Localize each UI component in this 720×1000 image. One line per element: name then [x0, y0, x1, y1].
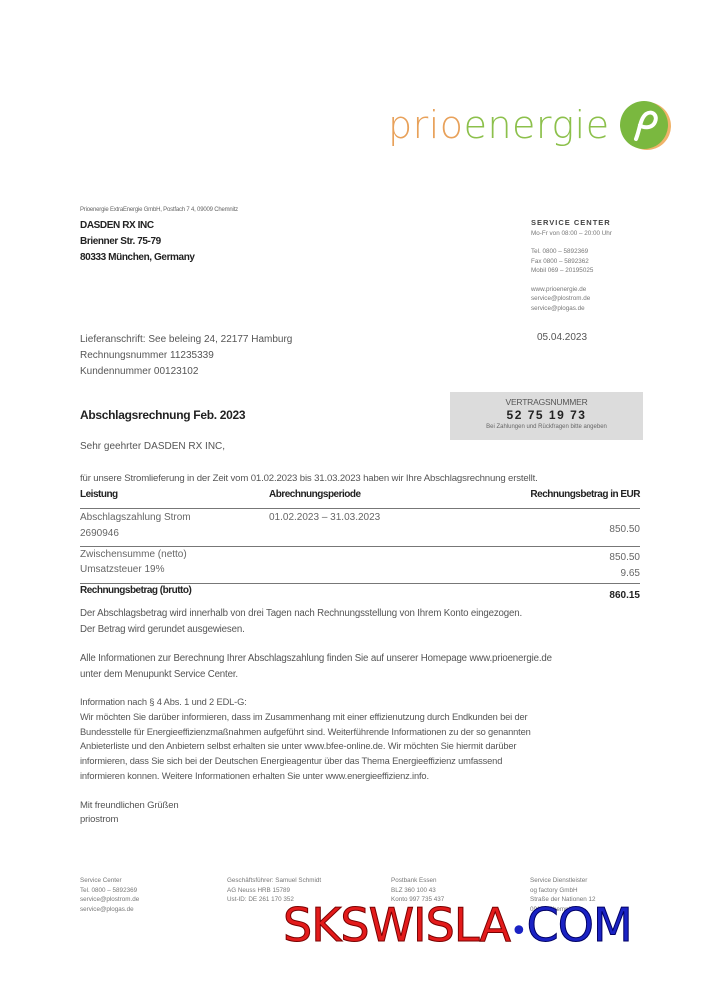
- sender-return-address: Prioenergie ExtraEnergie GmbH, Postfach …: [80, 207, 238, 213]
- leaf-p-logo-icon: [620, 101, 668, 149]
- paragraph-line: Der Betrag wird gerundet ausgewiesen.: [80, 622, 660, 638]
- watermark-dot: •: [510, 914, 527, 949]
- item-amount: 850.50: [609, 524, 640, 535]
- footer-line: Tel. 0800 – 5892369: [80, 886, 139, 896]
- service-email-link[interactable]: service@plostrom.de: [531, 294, 612, 304]
- footer-line: AG Neuss HRB 15789: [227, 886, 321, 896]
- footer-column-service: Service Center Tel. 0800 – 5892369 servi…: [80, 876, 139, 914]
- contract-label: VERTRAGSNUMMER: [450, 397, 643, 407]
- table-rule: [80, 508, 640, 509]
- subtotal-label: Zwischensumme (netto): [80, 549, 187, 560]
- invoice-meta: Lieferanschrift: See beleing 24, 22177 H…: [80, 332, 292, 380]
- contract-number: 52 75 19 73: [450, 408, 643, 422]
- intro-text: für unsere Stromlieferung in der Zeit vo…: [80, 473, 538, 484]
- service-center-block: SERVICE CENTER Mo-Fr von 08:00 – 20:00 U…: [531, 218, 612, 313]
- total-value: 860.15: [609, 590, 640, 601]
- paragraph-edlg: Information nach § 4 Abs. 1 und 2 EDL-G:…: [80, 695, 660, 784]
- header-period: Abrechnungsperiode: [269, 489, 361, 500]
- recipient-name: DASDEN RX INC: [80, 218, 195, 234]
- paragraph-line: Bundesstelle für Energieeffizienzmaßnahm…: [80, 725, 660, 740]
- footer-line: BLZ 360 100 43: [391, 886, 444, 896]
- footer-line: Service Center: [80, 876, 139, 886]
- paragraph-line: Wir möchten Sie darüber informieren, das…: [80, 710, 660, 725]
- watermark-text-blue: COM: [527, 898, 632, 952]
- customer-number: Kundennummer 00123102: [80, 364, 292, 380]
- service-center-title: SERVICE CENTER: [531, 218, 612, 228]
- paragraph-line: Der Abschlagsbetrag wird innerhalb von d…: [80, 606, 660, 622]
- header-amount: Rechnungsbetrag in EUR: [530, 489, 640, 500]
- contract-note: Bei Zahlungen und Rückfragen bitte angeb…: [450, 424, 643, 430]
- item-description: Abschlagszahlung Strom: [80, 512, 191, 523]
- logo-text-prio: prio: [388, 103, 464, 147]
- paragraph-line: Information nach § 4 Abs. 1 und 2 EDL-G:: [80, 695, 660, 710]
- item-period: 01.02.2023 – 31.03.2023: [269, 512, 380, 523]
- service-mobile: Mobil 069 – 20195025: [531, 266, 612, 276]
- contract-number-box: VERTRAGSNUMMER 52 75 19 73 Bei Zahlungen…: [450, 392, 643, 440]
- paragraph-line: informieren konnen. Weitere Informatione…: [80, 769, 660, 784]
- table-rule: [80, 583, 640, 584]
- invoice-number: Rechnungsnummer 11235339: [80, 348, 292, 364]
- watermark: SKSWISLA•COM: [283, 898, 632, 952]
- footer-line: service@plogas.de: [80, 905, 139, 915]
- logo-text-energie: energie: [464, 103, 610, 147]
- paragraph-homepage: Alle Informationen zur Berechnung Ihrer …: [80, 651, 660, 682]
- closing-regards: Mit freundlichen Grüßen: [80, 799, 660, 813]
- footer-line: service@plostrom.de: [80, 895, 139, 905]
- total-label: Rechnungsbetrag (brutto): [80, 585, 191, 596]
- service-web-link[interactable]: www.prioenergie.de: [531, 285, 612, 295]
- signature: priostrom: [80, 813, 660, 827]
- paragraph-debit: Der Abschlagsbetrag wird innerhalb von d…: [80, 606, 660, 637]
- paragraph-line: Alle Informationen zur Berechnung Ihrer …: [80, 651, 660, 667]
- company-logo: prio energie: [388, 100, 668, 150]
- header-service: Leistung: [80, 489, 118, 500]
- recipient-city: 80333 München, Germany: [80, 250, 195, 266]
- recipient-street: Brienner Str. 75-79: [80, 234, 195, 250]
- recipient-address: DASDEN RX INC Brienner Str. 75-79 80333 …: [80, 218, 195, 266]
- greeting: Sehr geehrter DASDEN RX INC,: [80, 441, 225, 452]
- paragraph-line: informieren, dass Sie sich bei der Deuts…: [80, 754, 660, 769]
- service-tel: Tel. 0800 – 5892369: [531, 247, 612, 257]
- delivery-address: Lieferanschrift: See beleing 24, 22177 H…: [80, 332, 292, 348]
- footer-line: og factory GmbH: [530, 886, 595, 896]
- table-rule: [80, 546, 640, 547]
- document-title: Abschlagsrechnung Feb. 2023: [80, 408, 245, 422]
- service-email-link-2[interactable]: service@plogas.de: [531, 304, 612, 314]
- footer-line: Postbank Essen: [391, 876, 444, 886]
- service-hours: Mo-Fr von 08:00 – 20:00 Uhr: [531, 229, 612, 239]
- footer-line: Geschäftsführer: Samuel Schmidt: [227, 876, 321, 886]
- paragraph-line: unter dem Menupunkt Service Center.: [80, 667, 660, 683]
- watermark-text-red: SKSWISLA: [283, 898, 510, 952]
- tax-label: Umsatzsteuer 19%: [80, 564, 164, 575]
- footer-line: Service Dienstleister: [530, 876, 595, 886]
- subtotal-value: 850.50: [609, 552, 640, 563]
- closing: Mit freundlichen Grüßen priostrom: [80, 799, 660, 827]
- invoice-date: 05.04.2023: [537, 332, 587, 343]
- paragraph-line: Anbieterliste und den Anbietern selbst e…: [80, 739, 660, 754]
- service-fax: Fax 0800 – 5892362: [531, 257, 612, 267]
- tax-value: 9.65: [621, 568, 640, 579]
- item-id: 2690946: [80, 528, 119, 539]
